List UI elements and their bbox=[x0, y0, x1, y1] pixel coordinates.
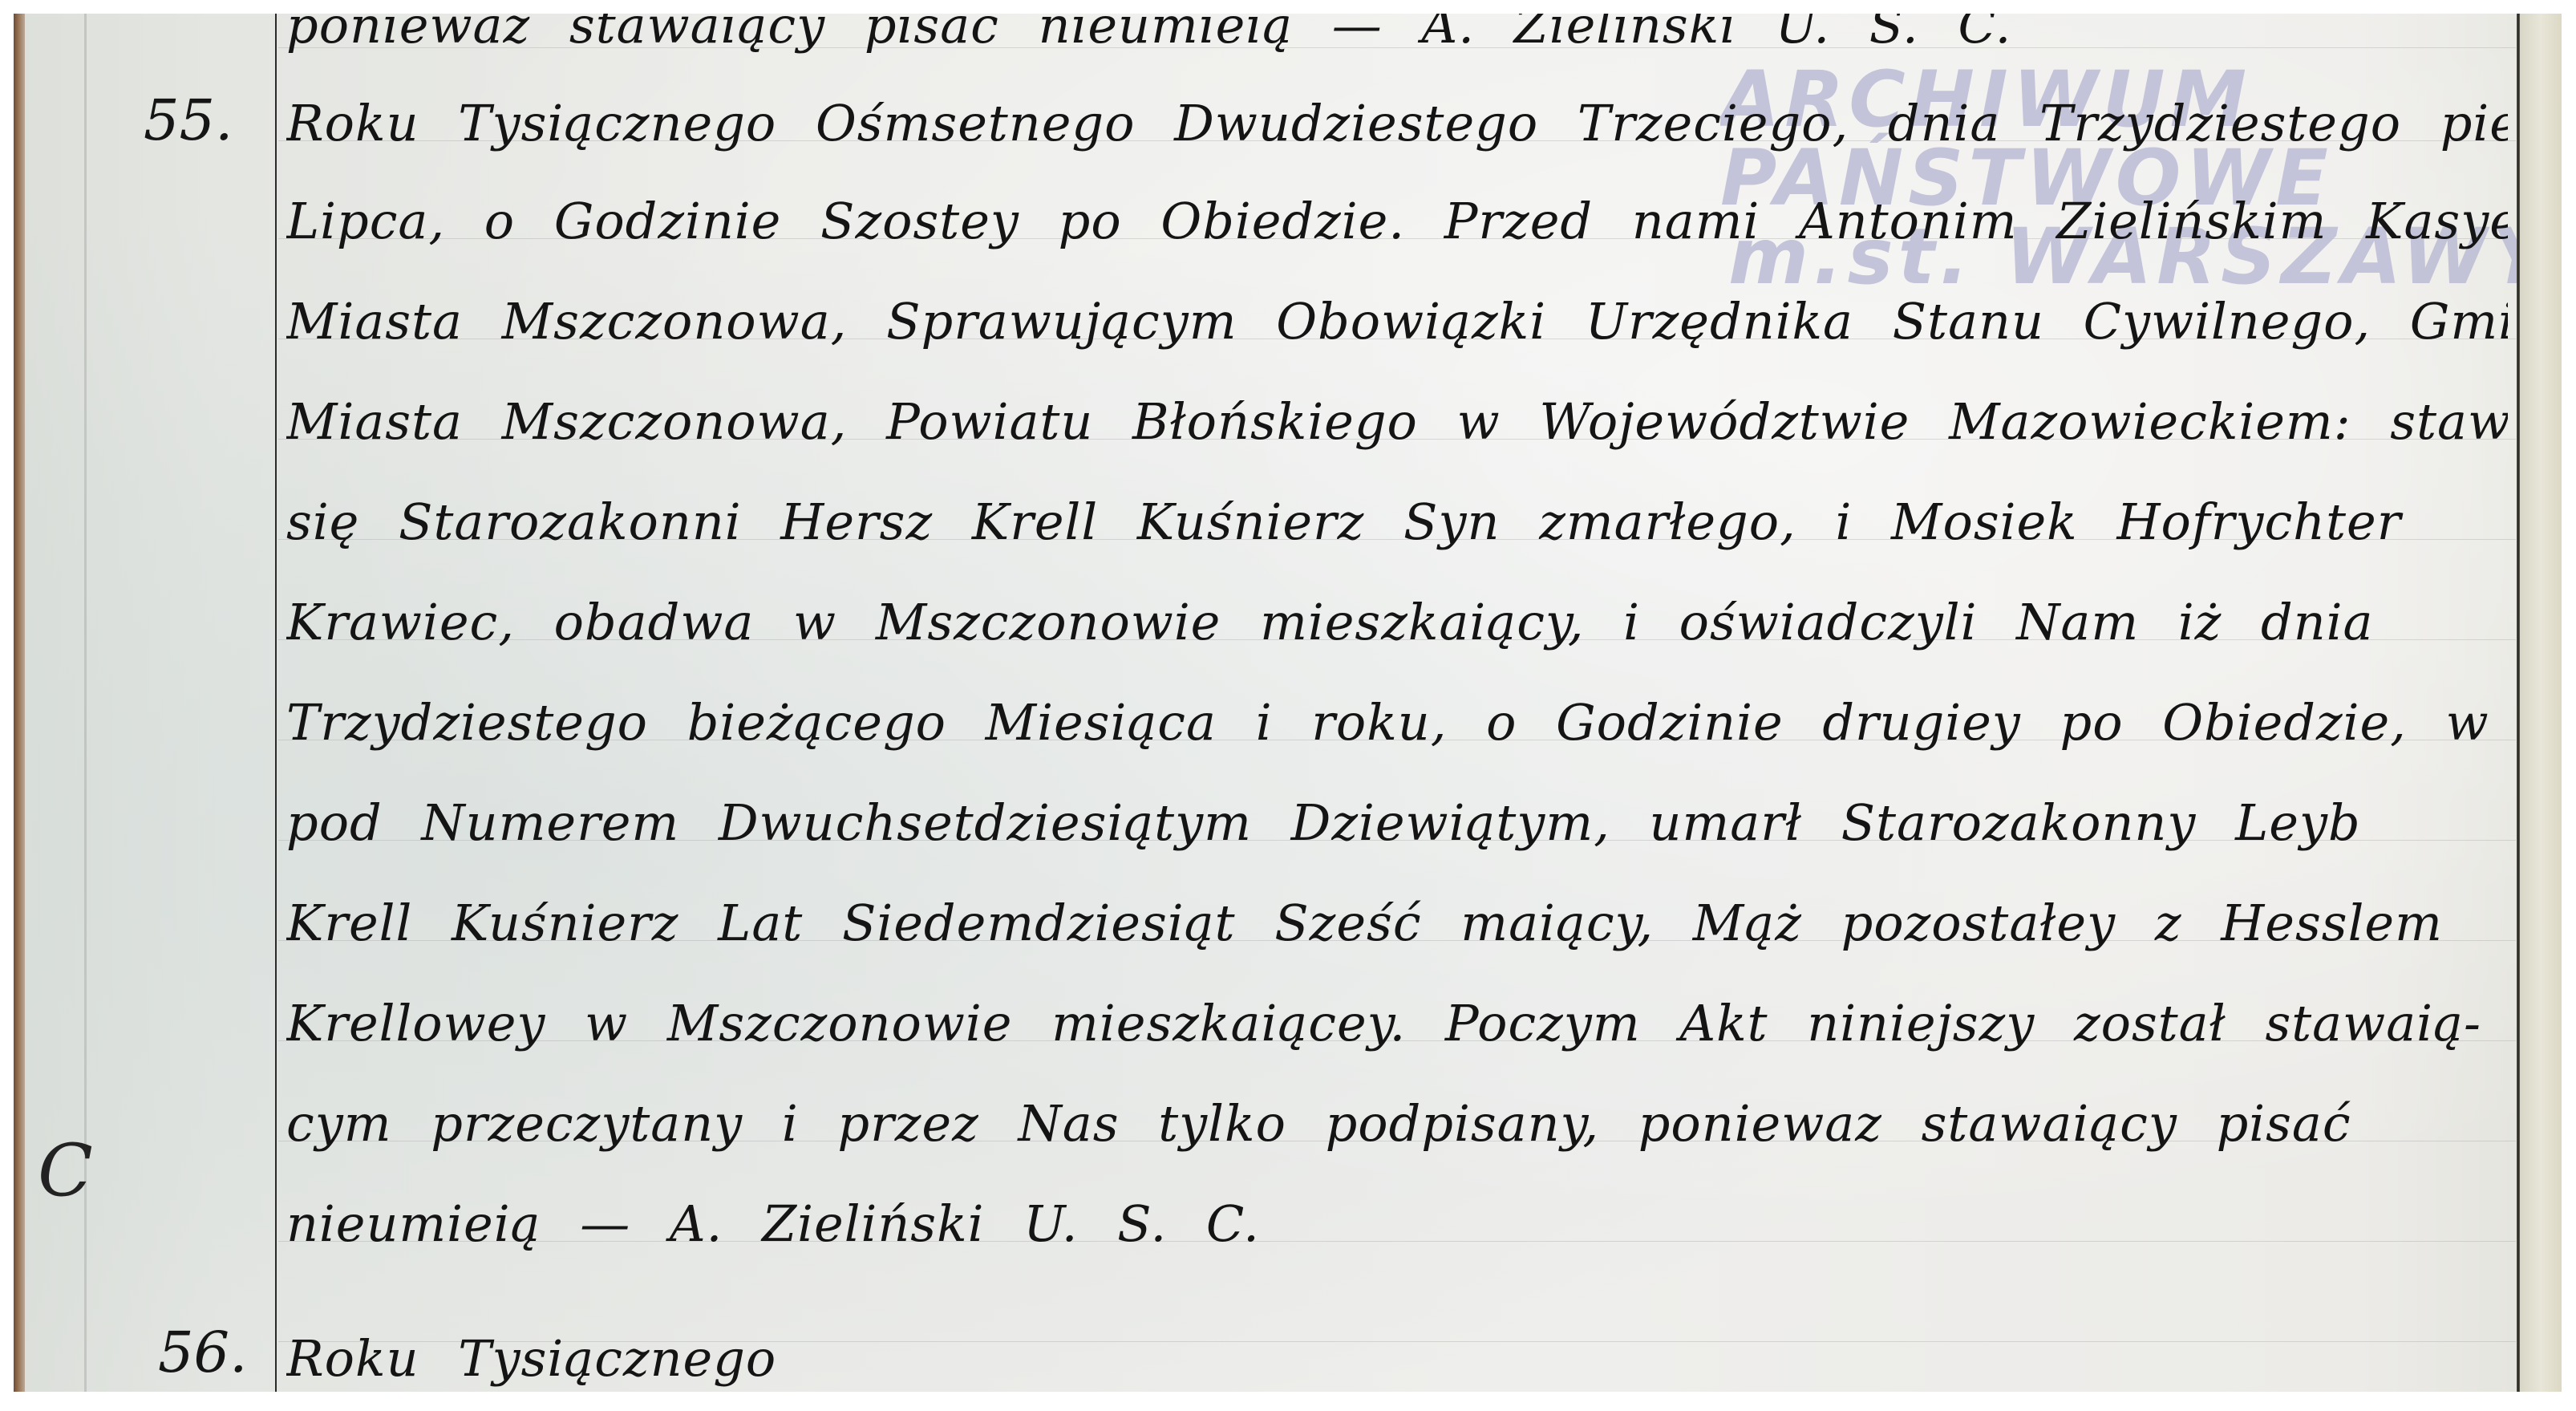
entry-line: Krellowey w Mszczonowie mieszkaiącey. Po… bbox=[286, 994, 2508, 1052]
document-scan: ARCHIWUM PAŃSTWOWE m.st. WARSZAWY poniew… bbox=[14, 14, 2562, 1392]
entry-line: Krawiec, obadwa w Mszczonowie mieszkaiąc… bbox=[286, 593, 2508, 651]
entry-number: 55. bbox=[144, 87, 233, 153]
margin-rule bbox=[275, 14, 277, 1392]
entry-line: się Starozakonni Hersz Krell Kuśnierz Sy… bbox=[286, 493, 2508, 551]
page-left-edge bbox=[14, 14, 25, 1392]
previous-entry-tail: poniewaz stawaiący pisać nieumieią — A. … bbox=[286, 14, 2508, 55]
entry-line: Krell Kuśnierz Lat Siedemdziesiąt Sześć … bbox=[286, 894, 2508, 952]
next-entry-number: 56. bbox=[158, 1320, 247, 1385]
next-entry-first-line: Roku Tysiącznego bbox=[286, 1329, 2508, 1388]
entry-line: cym przeczytany i przez Nas tylko podpis… bbox=[286, 1094, 2508, 1153]
margin-mark: C bbox=[38, 1129, 93, 1213]
entry-line signature-line: nieumieią — A. Zieliński U. S. C. bbox=[286, 1194, 2508, 1253]
entry-line: Miasta Mszczonowa, Powiatu Błońskiego w … bbox=[286, 392, 2508, 451]
entry-line: Miasta Mszczonowa, Sprawującym Obowiązki… bbox=[286, 292, 2508, 351]
page-right-edge bbox=[2520, 14, 2562, 1392]
entry-line: pod Numerem Dwuchsetdziesiątym Dziewiąty… bbox=[286, 793, 2508, 852]
entry-line: Trzydziestego bieżącego Miesiąca i roku,… bbox=[286, 693, 2508, 752]
entry-line: Roku Tysiącznego Ośmsetnego Dwudziestego… bbox=[286, 94, 2508, 152]
entry-line: Lipca, o Godzinie Szostey po Obiedzie. P… bbox=[286, 192, 2508, 250]
